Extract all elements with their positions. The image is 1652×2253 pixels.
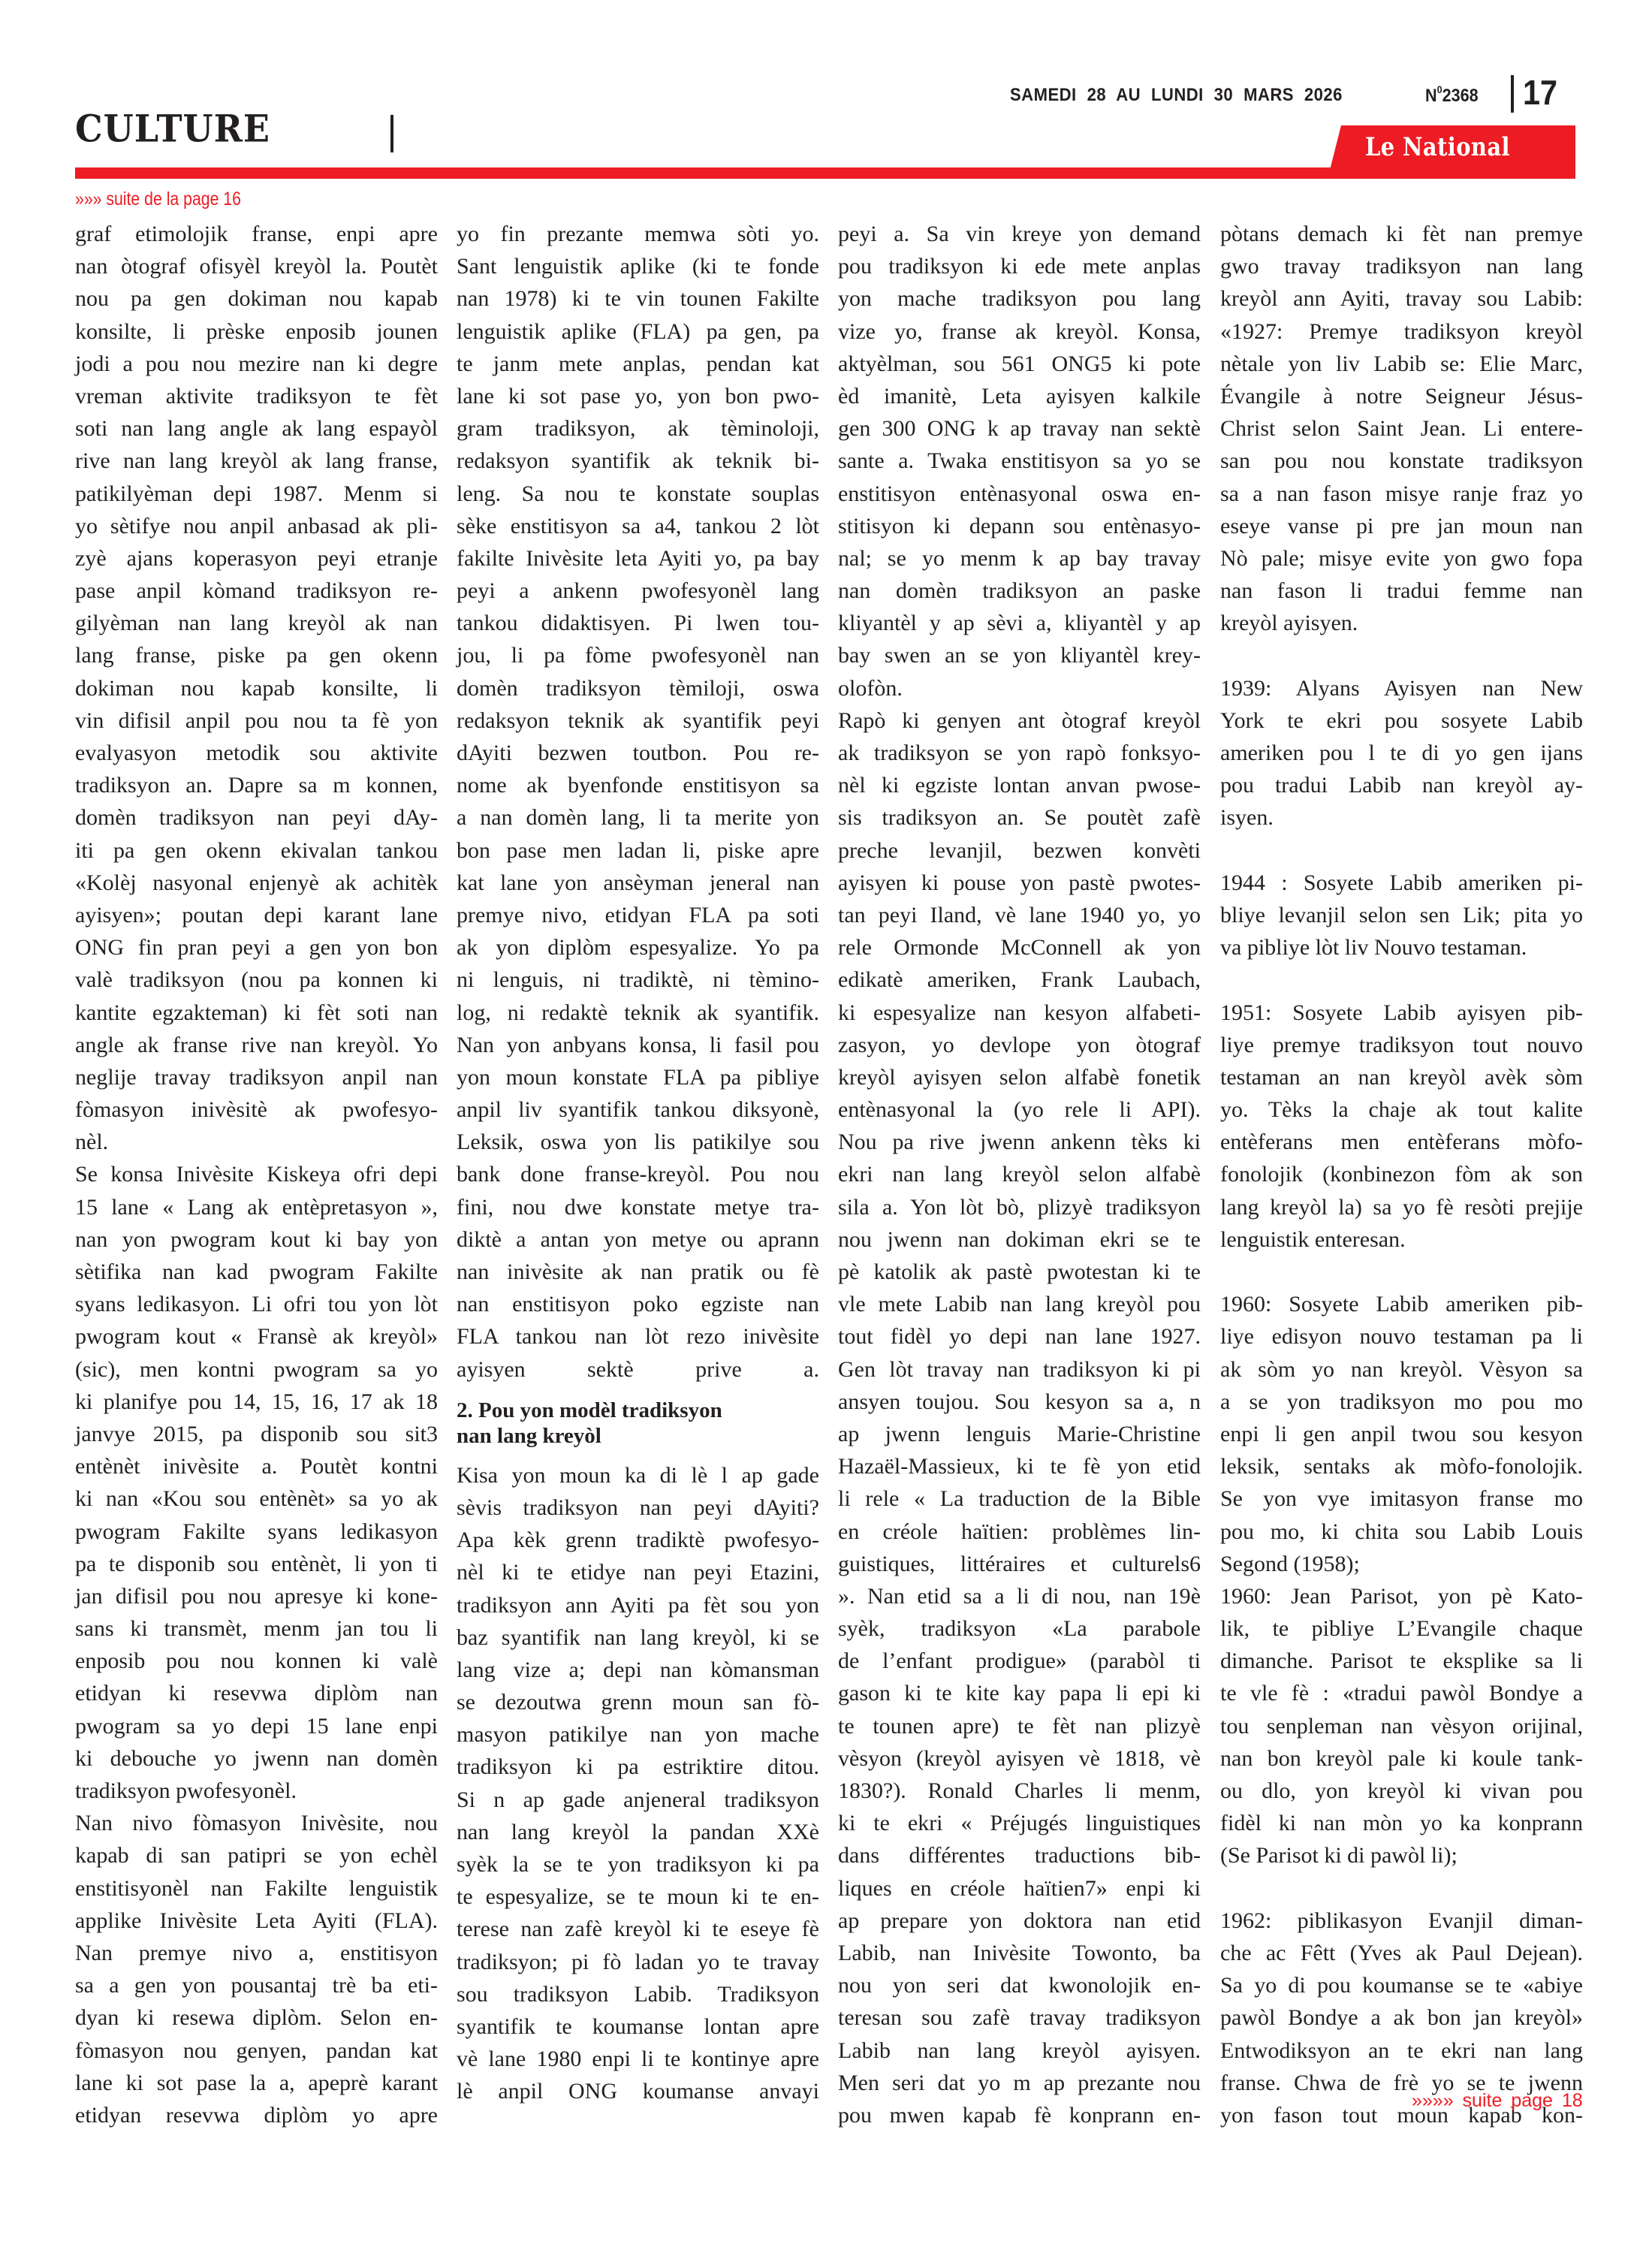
text-line: ki debouche yo jwenn nan domèn xyxy=(75,1742,438,1775)
article-column-4: pòtans demach ki fèt nan premyegwo trava… xyxy=(1220,218,1583,2131)
text-line: jodi a pou nou mezire nan ki degre xyxy=(75,348,438,380)
text-line: de l’enfant prodigue» (parabòl ti xyxy=(838,1645,1201,1677)
text-line: tradiksyon ann Ayiti pa fèt sou yon xyxy=(457,1589,819,1621)
text-line: Leksik, oswa yon lis patikilye sou xyxy=(457,1126,819,1158)
text-line: ansyen toujou. Sou kesyon sa a, n xyxy=(838,1386,1201,1418)
text-line: te janm mete anplas, pendan kat xyxy=(457,348,819,380)
text-line: kapab di san patipri se yon echèl xyxy=(75,1839,438,1871)
text-line: liques en créole haïtien7» enpi ki xyxy=(838,1872,1201,1905)
text-line: Kisa yon moun ka di lè l ap gade xyxy=(457,1459,819,1491)
text-line: vreman aktivite tradiksyon te fèt xyxy=(75,380,438,412)
text-line: bliye levanjil selon sen Lik; pita yo xyxy=(1220,899,1583,931)
text-line: peyi a. Sa vin kreye yon demand xyxy=(838,218,1201,250)
text-line: evalyasyon metodik sou aktivite xyxy=(75,737,438,769)
continued-from-link[interactable]: »»» suite de la page 16 xyxy=(75,189,241,210)
text-line: lik, te pibliye L’Evangile chaque xyxy=(1220,1612,1583,1645)
text-line: pwogram Fakilte syans ledikasyon xyxy=(75,1516,438,1548)
section-subheading: 2. Pou yon modèl tradiksyonnan lang krey… xyxy=(457,1398,819,1449)
paragraph-spacer xyxy=(1220,1872,1583,1905)
text-line: 1962: piblikasyon Evanjil diman- xyxy=(1220,1905,1583,1937)
text-line: ak yon diplòm espesyalize. Yo pa xyxy=(457,931,819,964)
text-line: vin difisil anpil pou nou ta fè yon xyxy=(75,704,438,737)
text-line: sou tradiksyon Labib. Tradiksyon xyxy=(457,1978,819,2010)
text-line: va pibliye lòt liv Nouvo testaman. xyxy=(1220,931,1583,964)
text-line: ayisyen»; poutan depi karant lane xyxy=(75,899,438,931)
text-line: jan difisil pou nou apresye ki kone- xyxy=(75,1580,438,1612)
text-line: kreyòl ayisyen selon alfabè fonetik xyxy=(838,1061,1201,1093)
text-line: jou, li pa fòme pwofesyonèl nan xyxy=(457,639,819,671)
text-line: syans ledikasyon. Li ofri tou yon lòt xyxy=(75,1288,438,1320)
text-line: dans différentes traductions bib- xyxy=(838,1839,1201,1871)
text-line: lè anpil ONG koumanse anvayi xyxy=(457,2075,819,2107)
text-line: sila a. Yon lòt bò, plizyè tradiksyon xyxy=(838,1191,1201,1223)
text-line: redaksyon teknik ak syantifik peyi xyxy=(457,704,819,737)
text-line: pòtans demach ki fèt nan premye xyxy=(1220,218,1583,250)
text-line: a se yon tradiksyon mo pou mo xyxy=(1220,1386,1583,1418)
subheading-line: nan lang kreyòl xyxy=(457,1423,819,1449)
text-line: fòmasyon inivèsitè ak pwofesyo- xyxy=(75,1093,438,1126)
text-line: ameriken pou l te di yo gen ijans xyxy=(1220,737,1583,769)
text-line: nome ak byenfonde enstitisyon sa xyxy=(457,769,819,801)
text-line: nan enstitisyon poko egziste nan xyxy=(457,1288,819,1320)
text-line: konsilte, li prèske enposib jounen xyxy=(75,315,438,348)
text-line: ki espesyalize nan kesyon alfabeti- xyxy=(838,997,1201,1029)
text-line: ou dlo, yon kreyòl ki vivan pou xyxy=(1220,1775,1583,1807)
text-line: lang vize a; depi nan kòmansman xyxy=(457,1654,819,1686)
text-line: Rapò ki genyen ant òtograf kreyòl xyxy=(838,704,1201,737)
text-line: yon moun konstate FLA pa pibliye xyxy=(457,1061,819,1093)
text-line: Nò pale; misye evite yon gwo fopa xyxy=(1220,542,1583,575)
text-line: yo. Tèks la chaje ak tout kalite xyxy=(1220,1093,1583,1126)
text-line: lang kreyòl la) sa yo fè resòti prejije xyxy=(1220,1191,1583,1223)
text-line: log, ni redaktè teknik ak syantifik. xyxy=(457,997,819,1029)
text-line: 1944 : Sosyete Labib ameriken pi- xyxy=(1220,867,1583,899)
text-line: syèk, tradiksyon «La parabole xyxy=(838,1612,1201,1645)
page-number: 17 xyxy=(1523,72,1557,113)
text-line: liye premye tradiksyon tout nouvo xyxy=(1220,1029,1583,1061)
text-line: lenguistik enteresan. xyxy=(1220,1223,1583,1256)
text-line: pè katolik ak pastè pwotestan ki te xyxy=(838,1256,1201,1288)
text-line: etidyan ki resevwa diplòm nan xyxy=(75,1677,438,1709)
text-line: Men seri dat yo m ap prezante nou xyxy=(838,2067,1201,2099)
text-line: sis tradiksyon an. Se poutèt zafè xyxy=(838,801,1201,834)
text-line: pa te disponib sou entènèt, li yon ti xyxy=(75,1548,438,1580)
issue-dateline: SAMEDI 28 AU LUNDI 30 MARS 2026 xyxy=(1010,85,1343,106)
text-line: sante a. Twaka enstitisyon sa yo se xyxy=(838,445,1201,477)
text-line: ONG fin pran peyi a gen yon bon xyxy=(75,931,438,964)
text-line: anpil liv syantifik tankou diksyonè, xyxy=(457,1093,819,1126)
text-line: dokiman nou kapab konsilte, li xyxy=(75,672,438,704)
text-line: pwogram kout « Fransè ak kreyòl» xyxy=(75,1320,438,1353)
text-line: gen 300 ONG k ap travay nan sektè xyxy=(838,412,1201,445)
text-line: tradiksyon pwofesyonèl. xyxy=(75,1775,438,1807)
text-line: Apa kèk grenn tradiktè pwofesyo- xyxy=(457,1524,819,1556)
text-line: leksik, sentaks ak mòfo-fonolojik. xyxy=(1220,1450,1583,1482)
text-line: Sa yo di pou koumanse se te «abiye xyxy=(1220,1969,1583,2001)
text-line: «1927: Premye tradiksyon kreyòl xyxy=(1220,315,1583,348)
paragraph-spacer xyxy=(1220,834,1583,867)
text-line: nan domèn tradiksyon an paske xyxy=(838,575,1201,607)
text-line: sa a gen yon pousantaj trè ba eti- xyxy=(75,1969,438,2001)
text-line: angle ak franse rive nan kreyòl. Yo xyxy=(75,1029,438,1061)
text-line: gilyèman nan lang kreyòl ak nan xyxy=(75,607,438,639)
text-line: che ac Fêtt (Yves ak Paul Dejean). xyxy=(1220,1937,1583,1969)
paragraph-spacer xyxy=(1220,1256,1583,1288)
text-line: iti pa gen okenn ekivalan tankou xyxy=(75,834,438,867)
text-line: pou mwen kapab fè konprann en- xyxy=(838,2099,1201,2131)
text-line: nan lang kreyòl la pandan XXè xyxy=(457,1816,819,1848)
text-line: ki te ekri « Préjugés linguistiques xyxy=(838,1807,1201,1839)
text-line: te espesyalize, se te moun ki te en- xyxy=(457,1881,819,1913)
text-line: peyi a ankenn pwofesyonèl lang xyxy=(457,575,819,607)
text-line: sèvis tradiksyon nan peyi dAyiti? xyxy=(457,1491,819,1524)
text-line: ak sòm yo nan kreyòl. Vèsyon sa xyxy=(1220,1353,1583,1386)
subheading-line: 2. Pou yon modèl tradiksyon xyxy=(457,1398,819,1423)
text-line: Labib nan lang kreyòl ayisyen. xyxy=(838,2034,1201,2067)
text-line: sètifika nan kad pwogram Fakilte xyxy=(75,1256,438,1288)
text-line: nou yon seri dat kwonolojik en- xyxy=(838,1969,1201,2001)
text-line: fonolojik (konbinezon fòm ak son xyxy=(1220,1158,1583,1190)
text-line: nan fason li tradui femme nan xyxy=(1220,575,1583,607)
text-line: ap jwenn lenguis Marie-Christine xyxy=(838,1418,1201,1450)
text-line: nan òtograf ofisyèl kreyòl la. Poutèt xyxy=(75,250,438,282)
text-line: tradiksyon ki pa estriktire ditou. xyxy=(457,1751,819,1783)
text-line: FLA tankou nan lòt rezo inivèsite xyxy=(457,1320,819,1353)
text-line: Évangile à notre Seigneur Jésus- xyxy=(1220,380,1583,412)
paragraph-spacer xyxy=(1220,964,1583,996)
text-line: nèl. xyxy=(75,1126,438,1158)
text-line: premye nivo, etidyan FLA pa soti xyxy=(457,899,819,931)
text-line: nou jwenn nan dokiman ekri se te xyxy=(838,1223,1201,1256)
text-line: aktyèlman, sou 561 ONG5 ki pote xyxy=(838,348,1201,380)
text-line: terese nan zafè kreyòl ki te eseye fè xyxy=(457,1913,819,1945)
text-line: rele Ormonde McConnell ak yon xyxy=(838,931,1201,964)
text-line: tankou didaktisyen. Pi lwen tou- xyxy=(457,607,819,639)
text-line: fini, nou dwe konstate metye tra- xyxy=(457,1191,819,1223)
text-line: diktè a antan yon metye ou aprann xyxy=(457,1223,819,1256)
text-line: nal; se yo menm k ap bay travay xyxy=(838,542,1201,575)
text-line: nan bon kreyòl pale ki koule tank- xyxy=(1220,1742,1583,1775)
text-line: fòmasyon nou genyen, pandan kat xyxy=(75,2034,438,2067)
text-line: te vle fè : «tradui pawòl Bondye a xyxy=(1220,1677,1583,1709)
text-line: zasyon, yo devlope yon òtograf xyxy=(838,1029,1201,1061)
text-line: tout fidèl yo depi nan lane 1927. xyxy=(838,1320,1201,1353)
text-line: entèferans men entèferans mòfo- xyxy=(1220,1126,1583,1158)
text-line: kantite egzakteman) ki fèt soti nan xyxy=(75,997,438,1029)
text-line: guistiques, littéraires et culturels6 xyxy=(838,1548,1201,1580)
text-line: lang franse, piske pa gen okenn xyxy=(75,639,438,671)
text-line: 1960: Jean Parisot, yon pè Kato- xyxy=(1220,1580,1583,1612)
text-line: rive nan lang kreyòl ak lang franse, xyxy=(75,445,438,477)
text-line: Segond (1958); xyxy=(1220,1548,1583,1580)
text-line: fakilte Inivèsite leta Ayiti yo, pa bay xyxy=(457,542,819,575)
text-line: dimanche. Parisot te eksplike sa li xyxy=(1220,1645,1583,1677)
text-line: sa a nan fason misye ranje fraz yo xyxy=(1220,478,1583,510)
text-line: lenguistik aplike (FLA) pa gen, pa xyxy=(457,315,819,348)
text-line: èd imanitè, Leta ayisyen kalkile xyxy=(838,380,1201,412)
text-line: redaksyon syantifik ak teknik bi- xyxy=(457,445,819,477)
text-line: edikatè ameriken, Frank Laubach, xyxy=(838,964,1201,996)
text-line: nan yon pwogram kout ki bay yon xyxy=(75,1223,438,1256)
text-line: bank done franse-kreyòl. Pou nou xyxy=(457,1158,819,1190)
text-line: Gen lòt travay nan tradiksyon ki pi xyxy=(838,1353,1201,1386)
text-line: 1939: Alyans Ayisyen nan New xyxy=(1220,672,1583,704)
text-line: lane ki sot pase la a, apeprè karant xyxy=(75,2067,438,2099)
text-line: applike Inivèsite Leta Ayiti (FLA). xyxy=(75,1905,438,1937)
text-line: Entwodiksyon an te ekri nan lang xyxy=(1220,2034,1583,2067)
text-line: gram tradiksyon, ak tèminoloji, xyxy=(457,412,819,445)
text-line: graf etimolojik franse, enpi apre xyxy=(75,218,438,250)
text-line: soti nan lang angle ak lang espayòl xyxy=(75,412,438,445)
text-line: (Se Parisot ki di pawòl li); xyxy=(1220,1839,1583,1871)
text-line: neglije travay tradiksyon anpil nan xyxy=(75,1061,438,1093)
text-line: vle mete Labib nan lang kreyòl pou xyxy=(838,1288,1201,1320)
text-line: nan inivèsite ak nan pratik ou fè xyxy=(457,1256,819,1288)
text-line: syèk la se te yon tradiksyon ki pa xyxy=(457,1848,819,1881)
text-line: li rele « La traduction de la Bible xyxy=(838,1482,1201,1515)
text-line: ki nan «Kou sou entènèt» sa yo ak xyxy=(75,1482,438,1515)
text-line: 1960: Sosyete Labib ameriken pib- xyxy=(1220,1288,1583,1320)
text-line: Christ selon Saint Jean. Li entere- xyxy=(1220,412,1583,445)
text-line: Se konsa Inivèsite Kiskeya ofri depi xyxy=(75,1158,438,1190)
text-line: enposib pou nou konnen ki valè xyxy=(75,1645,438,1677)
text-line: isyen. xyxy=(1220,801,1583,834)
text-line: ap prepare yon doktora nan etid xyxy=(838,1905,1201,1937)
text-line: yo fin prezante memwa sòti yo. xyxy=(457,218,819,250)
text-line: testaman an nan kreyòl avèk sòm xyxy=(1220,1061,1583,1093)
text-line: Nan premye nivo a, enstitisyon xyxy=(75,1937,438,1969)
text-line: 15 lane « Lang ak entèpretasyon », xyxy=(75,1191,438,1223)
text-line: 1830?). Ronald Charles li menm, xyxy=(838,1775,1201,1807)
issue-prefix: N xyxy=(1425,86,1437,106)
text-line: Nan nivo fòmasyon Inivèsite, nou xyxy=(75,1807,438,1839)
text-line: preche levanjil, bezwen konvèti xyxy=(838,834,1201,867)
text-line: pou tradui Labib nan kreyòl ay- xyxy=(1220,769,1583,801)
text-line: masyon patikilye nan yon mache xyxy=(457,1718,819,1751)
text-line: sans ki transmèt, menm jan tou li xyxy=(75,1612,438,1645)
text-line: (sic), men kontni pwogram sa yo xyxy=(75,1353,438,1386)
text-line: Nan yon anbyans konsa, li fasil pou xyxy=(457,1029,819,1061)
article-column-2: yo fin prezante memwa sòti yo.Sant lengu… xyxy=(457,218,819,2108)
text-line: entènèt inivèsite a. Poutèt kontni xyxy=(75,1450,438,1482)
text-line: ak tradiksyon se yon rapò fonksyo- xyxy=(838,737,1201,769)
text-line: se dezoutwa grenn moun san fò- xyxy=(457,1686,819,1718)
text-line: tradiksyon; pi fò ladan yo te travay xyxy=(457,1946,819,1978)
text-line: pawòl Bondye a ak bon jan kreyòl» xyxy=(1220,2001,1583,2034)
page-number-divider xyxy=(1511,75,1514,113)
text-line: ni lenguis, ni tradiktè, ni tèmino- xyxy=(457,964,819,996)
text-line: pase anpil kòmand tradiksyon re- xyxy=(75,575,438,607)
text-line: ki planifye pou 14, 15, 16, 17 ak 18 xyxy=(75,1386,438,1418)
text-line: teresan sou zafè travay tradiksyon xyxy=(838,2001,1201,2034)
text-line: Si n ap gade anjeneral tradiksyon xyxy=(457,1784,819,1816)
text-line: baz syantifik nan lang kreyòl, ki se xyxy=(457,1621,819,1654)
text-line: ». Nan etid sa a li di nou, nan 19è xyxy=(838,1580,1201,1612)
text-line: vize yo, franse ak kreyòl. Konsa, xyxy=(838,315,1201,348)
brand-logo-text: Le National xyxy=(1365,132,1510,162)
text-line: yo sètifye nou anpil anbasad ak pli- xyxy=(75,510,438,542)
text-line: dyan ki resewa diplòm. Selon en- xyxy=(75,2001,438,2034)
text-line: pou mo, ki chita sou Labib Louis xyxy=(1220,1516,1583,1548)
text-line: ayisyen sektè prive a. xyxy=(457,1353,819,1386)
text-line: tradiksyon an. Dapre sa m konnen, xyxy=(75,769,438,801)
text-line: nou pa gen dokiman nou kapab xyxy=(75,282,438,315)
text-line: tan peyi Iland, vè lane 1940 yo, yo xyxy=(838,899,1201,931)
text-line: janvye 2015, pa disponib sou sit3 xyxy=(75,1418,438,1450)
text-line: domèn tradiksyon nan peyi dAy- xyxy=(75,801,438,834)
article-column-1: graf etimolojik franse, enpi aprenan òto… xyxy=(75,218,438,2131)
text-line: gwo travay tradiksyon nan lang xyxy=(1220,250,1583,282)
text-line: Sant lenguistik aplike (ki te fonde xyxy=(457,250,819,282)
text-line: te tounen apre) te fèt nan plizyè xyxy=(838,1710,1201,1742)
text-line: eseye vanse pi pre jan moun nan xyxy=(1220,510,1583,542)
text-line: etidyan resevwa diplòm yo apre xyxy=(75,2099,438,2131)
text-line: stitisyon ki depann sou entènasyo- xyxy=(838,510,1201,542)
text-line: pou tradiksyon ki ede mete anplas xyxy=(838,250,1201,282)
text-line: Hazaël-Massieux, ki te fè yon etid xyxy=(838,1450,1201,1482)
text-line: a nan domèn lang, li ta merite yon xyxy=(457,801,819,834)
text-line: ayisyen ki pouse yon pastè pwotes- xyxy=(838,867,1201,899)
paragraph-spacer xyxy=(1220,639,1583,671)
text-line: enstitisyon entènasyonal oswa en- xyxy=(838,478,1201,510)
text-line: gason ki te kite kay papa li epi ki xyxy=(838,1677,1201,1709)
text-line: dAyiti bezwen toutbon. Pou re- xyxy=(457,737,819,769)
continued-to-link[interactable]: »»»» suite page 18 xyxy=(1412,2090,1583,2112)
text-line: ekri nan lang kreyòl selon alfabè xyxy=(838,1158,1201,1190)
text-line: bay swen an se yon kliyantèl krey- xyxy=(838,639,1201,671)
text-line: nan 1978) ki te vin tounen Fakilte xyxy=(457,282,819,315)
issue-prefix-sup: 0 xyxy=(1437,83,1442,95)
text-line: zyè ajans koperasyon peyi etranje xyxy=(75,542,438,575)
text-line: olofòn. xyxy=(838,672,1201,704)
text-line: enstitisyonèl nan Fakilte lenguistik xyxy=(75,1872,438,1905)
text-line: en créole haïtien: problèmes lin- xyxy=(838,1516,1201,1548)
article-column-3: peyi a. Sa vin kreye yon demandpou tradi… xyxy=(838,218,1201,2131)
text-line: kreyòl ayisyen. xyxy=(1220,607,1583,639)
text-line: leng. Sa nou te konstate souplas xyxy=(457,478,819,510)
title-divider xyxy=(390,115,393,152)
text-line: tou senpleman nan vèsyon orijinal, xyxy=(1220,1710,1583,1742)
text-line: fidèl ki nan mòn yo ka konprann xyxy=(1220,1807,1583,1839)
text-line: kat lane yon ansèyman jeneral nan xyxy=(457,867,819,899)
text-line: enpi li gen anpil twou sou kesyon xyxy=(1220,1418,1583,1450)
text-line: san pou nou konstate tradiksyon xyxy=(1220,445,1583,477)
issue-number: N02368 xyxy=(1425,85,1479,107)
text-line: «Kolèj nasyonal enjenyè ak achitèk xyxy=(75,867,438,899)
text-line: York te ekri pou sosyete Labib xyxy=(1220,704,1583,737)
text-line: vè lane 1980 enpi li te kontinye apre xyxy=(457,2043,819,2075)
text-line: yon mache tradiksyon pou lang xyxy=(838,282,1201,315)
text-line: Nou pa rive jwenn ankenn tèks ki xyxy=(838,1126,1201,1158)
text-line: kreyòl ann Ayiti, travay sou Labib: xyxy=(1220,282,1583,315)
text-line: nètale yon liv Labib se: Elie Marc, xyxy=(1220,348,1583,380)
text-line: kliyantèl y ap sèvi a, kliyantèl y ap xyxy=(838,607,1201,639)
issue-number-value: 2368 xyxy=(1442,86,1479,106)
text-line: nèl ki te etidye nan peyi Etazini, xyxy=(457,1556,819,1588)
text-line: nèl ki egziste lontan anvan pwose- xyxy=(838,769,1201,801)
text-line: domèn tradiksyon tèmiloji, oswa xyxy=(457,672,819,704)
text-line: valè tradiksyon (nou pa konnen ki xyxy=(75,964,438,996)
text-line: Labib, nan Inivèsite Towonto, ba xyxy=(838,1937,1201,1969)
subheading-spacer xyxy=(457,1449,819,1459)
text-line: entènasyonal la (yo rele li API). xyxy=(838,1093,1201,1126)
text-line: vèsyon (kreyòl ayisyen vè 1818, vè xyxy=(838,1742,1201,1775)
text-line: liye edisyon nouvo testaman pa li xyxy=(1220,1320,1583,1353)
text-line: lane ki sot pase yo, yon bon pwo- xyxy=(457,380,819,412)
text-line: pwogram sa yo depi 15 lane enpi xyxy=(75,1710,438,1742)
text-line: sèke enstitisyon sa a4, tankou 2 lòt xyxy=(457,510,819,542)
text-line: Se yon vye imitasyon franse mo xyxy=(1220,1482,1583,1515)
section-title: CULTURE xyxy=(75,107,270,150)
text-line: 1951: Sosyete Labib ayisyen pib- xyxy=(1220,997,1583,1029)
text-line: syantifik te koumanse lontan apre xyxy=(457,2010,819,2043)
text-line: patikilyèman depi 1987. Menm si xyxy=(75,478,438,510)
text-line: bon pase men ladan li, piske apre xyxy=(457,834,819,867)
